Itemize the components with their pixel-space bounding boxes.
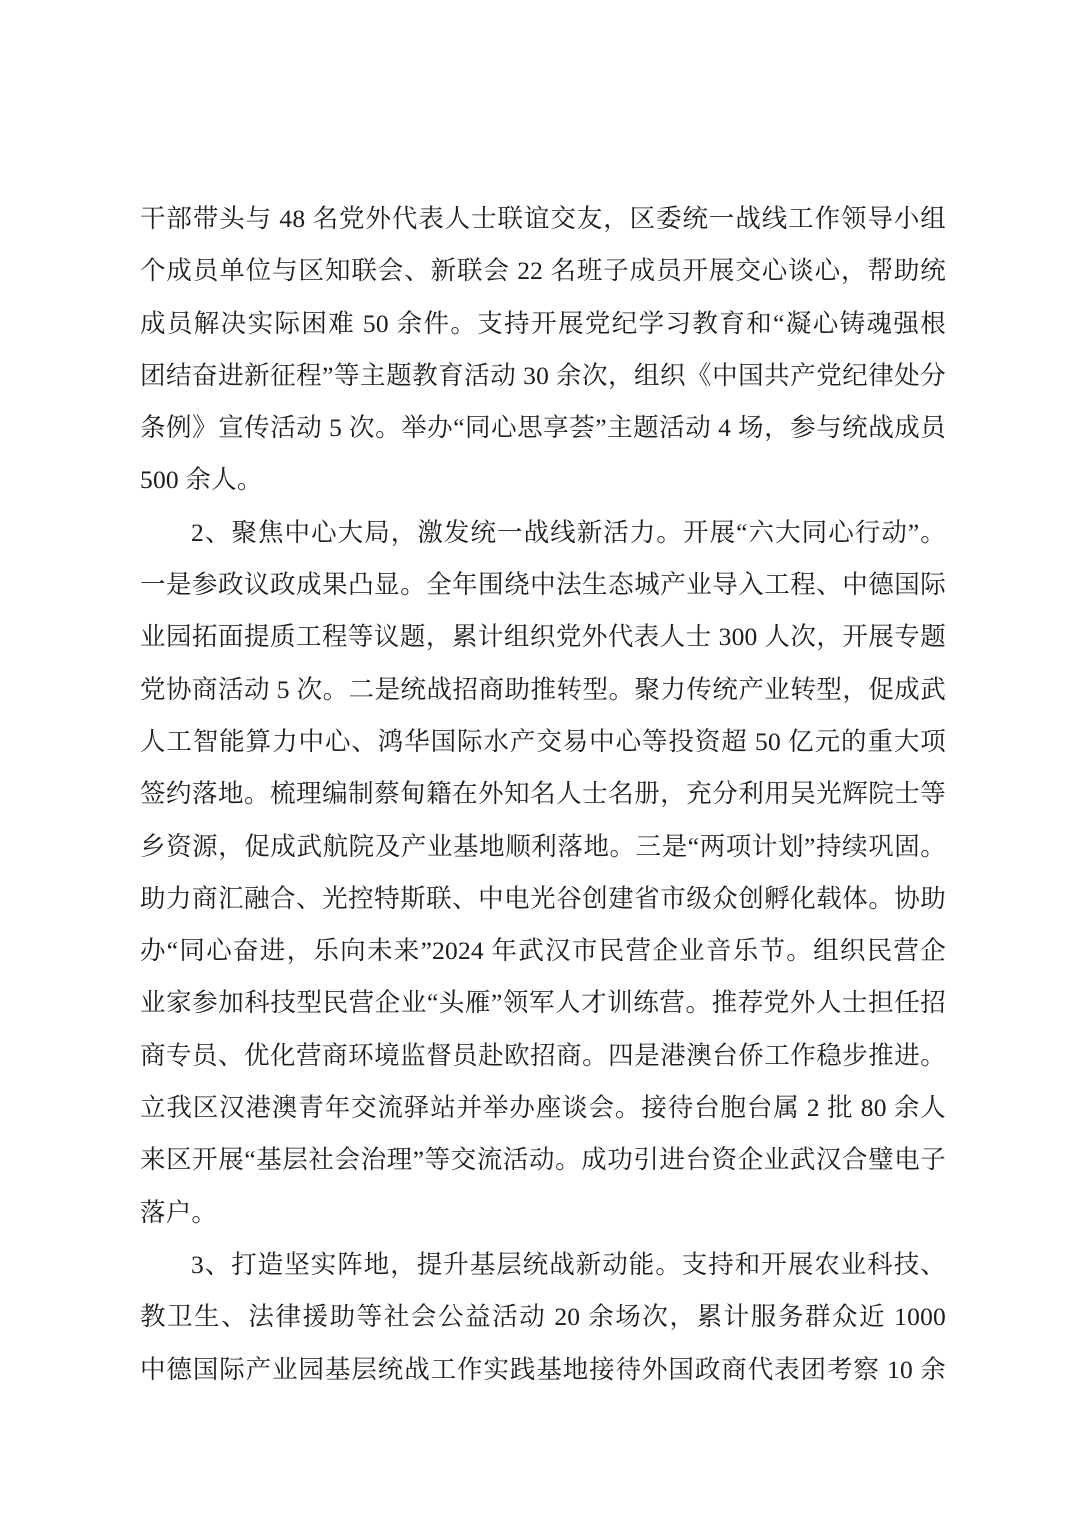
text-line: 条例》宣传活动 5 次。举办“同心思享荟”主题活动 4 场，参与统战成员 <box>140 402 946 454</box>
paragraph-3: 3、打造坚实阵地，提升基层统战新动能。支持和开展农业科技、文教卫生、法律援助等社… <box>140 1239 946 1396</box>
text-line: 来区开展“基层社会治理”等交流活动。成功引进台资企业武汉合璧电子 <box>140 1134 946 1186</box>
text-line: 教卫生、法律援助等社会公益活动 20 余场次，累计服务群众近 1000 人。 <box>140 1291 946 1343</box>
text-line: 业园拓面提质工程等议题，累计组织党外代表人士 300 人次，开展专题政 <box>140 611 946 663</box>
text-line: 一是参政议政成果凸显。全年围绕中法生态城产业导入工程、中德国际产 <box>140 559 946 611</box>
text-line: 商专员、优化营商环境监督员赴欧招商。四是港澳台侨工作稳步推进。成 <box>140 1030 946 1082</box>
paragraph-2: 2、聚焦中心大局，激发统一战线新活力。开展“六大同心行动”。一是参政议政成果凸显… <box>140 507 946 1239</box>
text-line: 乡资源，促成武航院及产业基地顺利落地。三是“两项计划”持续巩固。 <box>140 821 946 873</box>
text-line: 2、聚焦中心大局，激发统一战线新活力。开展“六大同心行动”。 <box>140 507 946 559</box>
text-line: 人工智能算力中心、鸿华国际水产交易中心等投资超 50 亿元的重大项目 <box>140 716 946 768</box>
text-line: 助力商汇融合、光控特斯联、中电光谷创建省市级众创孵化载体。协助承 <box>140 873 946 925</box>
document-page: 干部带头与 48 名党外代表人士联谊交友，区委统一战线工作领导小组 16个成员单… <box>0 0 1074 1520</box>
document-text-block: 干部带头与 48 名党外代表人士联谊交友，区委统一战线工作领导小组 16个成员单… <box>140 193 946 1396</box>
text-line: 干部带头与 48 名党外代表人士联谊交友，区委统一战线工作领导小组 16 <box>140 193 946 245</box>
text-line: 团结奋进新征程”等主题教育活动 30 余次，组织《中国共产党纪律处分 <box>140 350 946 402</box>
text-line: 办“同心奋进，乐向未来”2024 年武汉市民营企业音乐节。组织民营企 <box>140 925 946 977</box>
text-line: 成员解决实际困难 50 余件。支持开展党纪学习教育和“凝心铸魂强根基、 <box>140 298 946 350</box>
text-line: 签约落地。梳理编制蔡甸籍在外知名人士名册，充分利用吴光辉院士等老 <box>140 768 946 820</box>
text-line: 3、打造坚实阵地，提升基层统战新动能。支持和开展农业科技、文 <box>140 1239 946 1291</box>
text-line: 业家参加科技型民营企业“头雁”领军人才训练营。推荐党外人士担任招 <box>140 977 946 1029</box>
text-line: 个成员单位与区知联会、新联会 22 名班子成员开展交心谈心，帮助统战 <box>140 245 946 297</box>
paragraph-1-continued: 干部带头与 48 名党外代表人士联谊交友，区委统一战线工作领导小组 16个成员单… <box>140 193 946 507</box>
text-line: 立我区汉港澳青年交流驿站并举办座谈会。接待台胞台属 2 批 80 余人次 <box>140 1082 946 1134</box>
text-line: 党协商活动 5 次。二是统战招商助推转型。聚力传统产业转型，促成武汉 <box>140 664 946 716</box>
text-line: 中德国际产业园基层统战工作实践基地接待外国政商代表团考察 10 余 <box>140 1344 946 1396</box>
text-line: 500 余人。 <box>140 454 946 506</box>
text-line: 落户。 <box>140 1187 946 1239</box>
